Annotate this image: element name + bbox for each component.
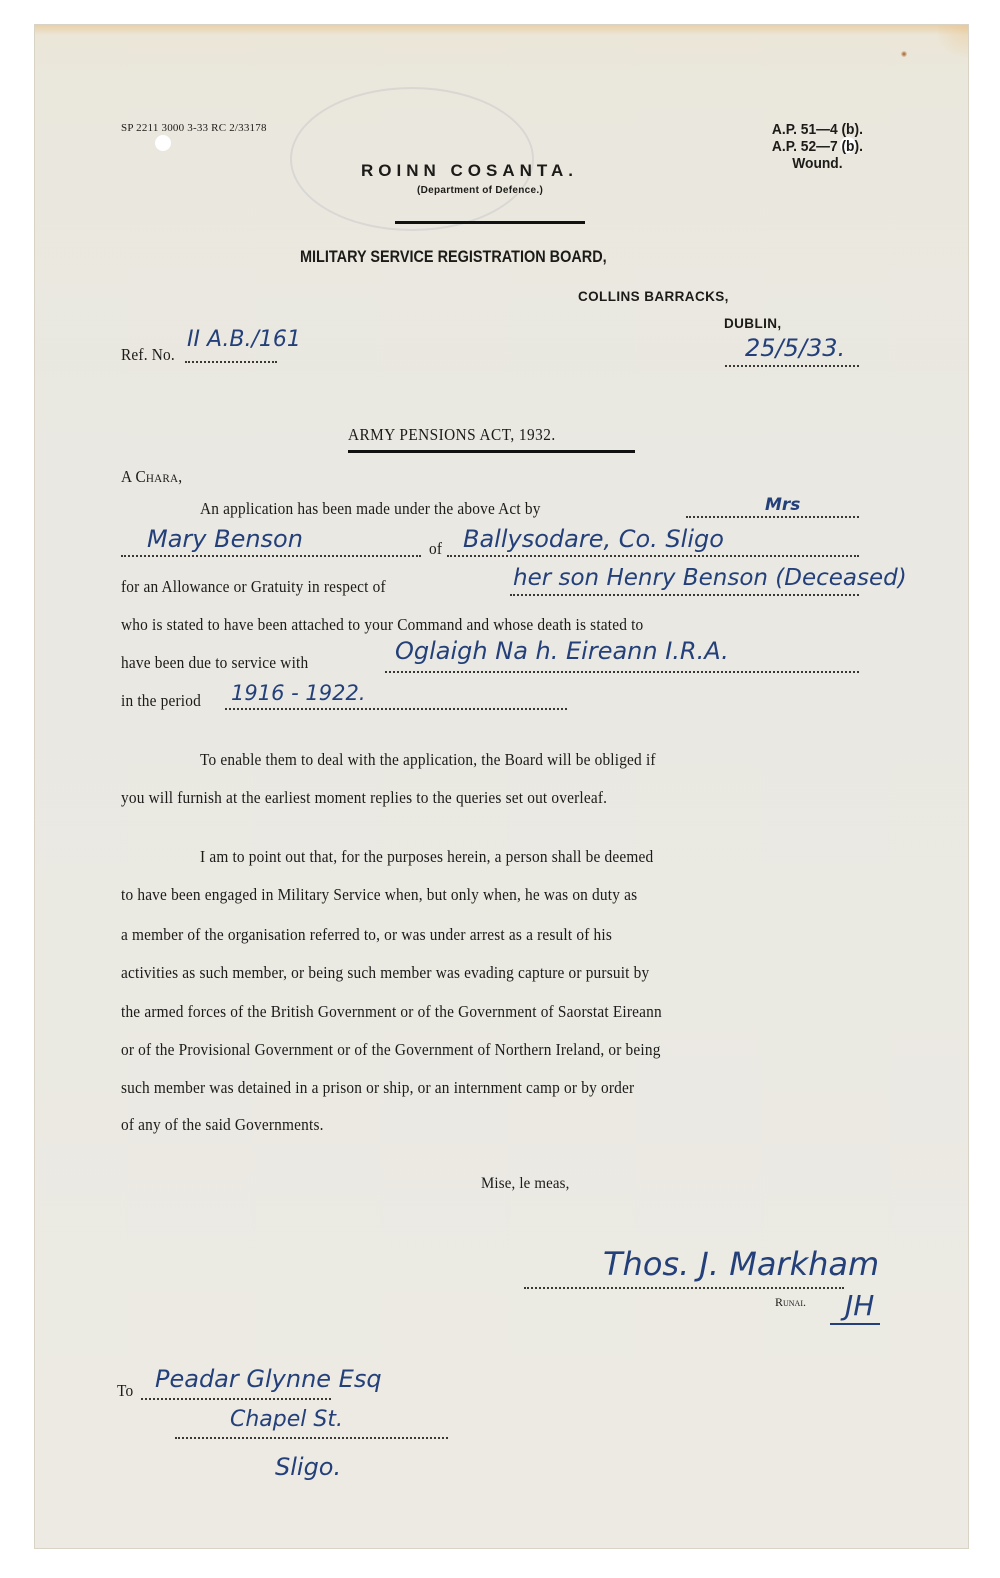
faded-stamp — [290, 87, 534, 231]
applicant-title-handwritten: Mrs — [765, 495, 800, 515]
recipient-dotted-line-2 — [175, 1437, 448, 1439]
signature-title: Runai. — [775, 1295, 806, 1310]
para1-line3: for an Allowance or Gratuity in respect … — [121, 577, 386, 597]
department-title: ROINN COSANTA. — [361, 161, 578, 181]
ap-reference-1: A.P. 51—4 (b). — [772, 121, 863, 138]
para1-line6: in the period — [121, 691, 201, 711]
para2-line1: To enable them to deal with the applicat… — [200, 750, 656, 770]
document-page: SP 2211 3000 3-33 RC 2/33178 A.P. 51—4 (… — [35, 25, 968, 1548]
para1-line1: An application has been made under the a… — [200, 499, 541, 519]
ref-label: Ref. No. — [121, 345, 175, 365]
closing: Mise, le meas, — [481, 1175, 570, 1193]
initials-underline — [830, 1323, 880, 1325]
para1-line4: who is stated to have been attached to y… — [121, 615, 643, 635]
applicant-name-dotted-line — [121, 555, 421, 557]
ap-reference-2: A.P. 52—7 (b). — [772, 138, 863, 155]
para2-line2: you will furnish at the earliest moment … — [121, 788, 607, 808]
form-code: SP 2211 3000 3-33 RC 2/33178 — [121, 122, 267, 134]
signature-handwritten: Thos. J. Markham — [603, 1245, 879, 1283]
header-rule — [395, 221, 585, 224]
rust-spot — [901, 51, 907, 57]
applicant-address-handwritten: Ballysodare, Co. Sligo — [463, 525, 724, 553]
salutation: A Chara, — [121, 467, 182, 487]
recipient-line1-handwritten: Peadar Glynne Esq — [155, 1365, 382, 1393]
applicant-name-handwritten: Mary Benson — [147, 525, 303, 553]
department-subtitle: (Department of Defence.) — [417, 185, 543, 196]
applicant-address-dotted-line — [447, 555, 859, 557]
para3-line5: the armed forces of the British Governme… — [121, 1002, 662, 1022]
para3-line7: such member was detained in a prison or … — [121, 1078, 634, 1098]
ap-reference-3: Wound. — [772, 155, 863, 172]
ap-references: A.P. 51—4 (b). A.P. 52—7 (b). Wound. — [772, 121, 863, 172]
board-name: MILITARY SERVICE REGISTRATION BOARD, — [300, 247, 607, 267]
signature-dotted-line — [524, 1287, 844, 1289]
para3-line6: or of the Provisional Government or of t… — [121, 1040, 661, 1060]
address-line-1: COLLINS BARRACKS, — [578, 289, 729, 304]
para3-line3: a member of the organisation referred to… — [121, 925, 612, 945]
recipient-line2-handwritten: Chapel St. — [230, 1407, 343, 1432]
para3-line4: activities as such member, or being such… — [121, 963, 649, 983]
applicant-dotted-line — [686, 516, 859, 518]
para3-line2: to have been engaged in Military Service… — [121, 885, 637, 905]
act-title-rule — [348, 450, 635, 453]
recipient-line3-handwritten: Sligo. — [275, 1453, 341, 1481]
period-handwritten: 1916 - 1922. — [231, 681, 366, 705]
act-title: ARMY PENSIONS ACT, 1932. — [348, 425, 556, 445]
recipient-dotted-line-1 — [141, 1398, 331, 1400]
in-respect-of-dotted-line — [510, 594, 859, 596]
punch-hole — [155, 135, 171, 151]
address-line-2: DUBLIN, — [724, 316, 782, 331]
to-label: To — [117, 1381, 133, 1401]
service-with-handwritten: Oglaigh Na h. Eireann I.R.A. — [395, 637, 729, 665]
date-handwritten: 25/5/33. — [745, 334, 845, 362]
initials-handwritten: JH — [845, 1289, 874, 1322]
ref-number-handwritten: II A.B./161 — [187, 327, 301, 352]
date-dotted-line — [725, 365, 859, 367]
period-dotted-line — [225, 708, 567, 710]
para3-line8: of any of the said Governments. — [121, 1115, 324, 1135]
para3-line1: I am to point out that, for the purposes… — [200, 847, 653, 867]
of-label: of — [429, 539, 442, 559]
para1-line5: have been due to service with — [121, 653, 308, 673]
in-respect-of-handwritten: her son Henry Benson (Deceased) — [513, 565, 907, 591]
service-with-dotted-line — [385, 671, 859, 673]
ref-dotted-line — [185, 361, 277, 363]
